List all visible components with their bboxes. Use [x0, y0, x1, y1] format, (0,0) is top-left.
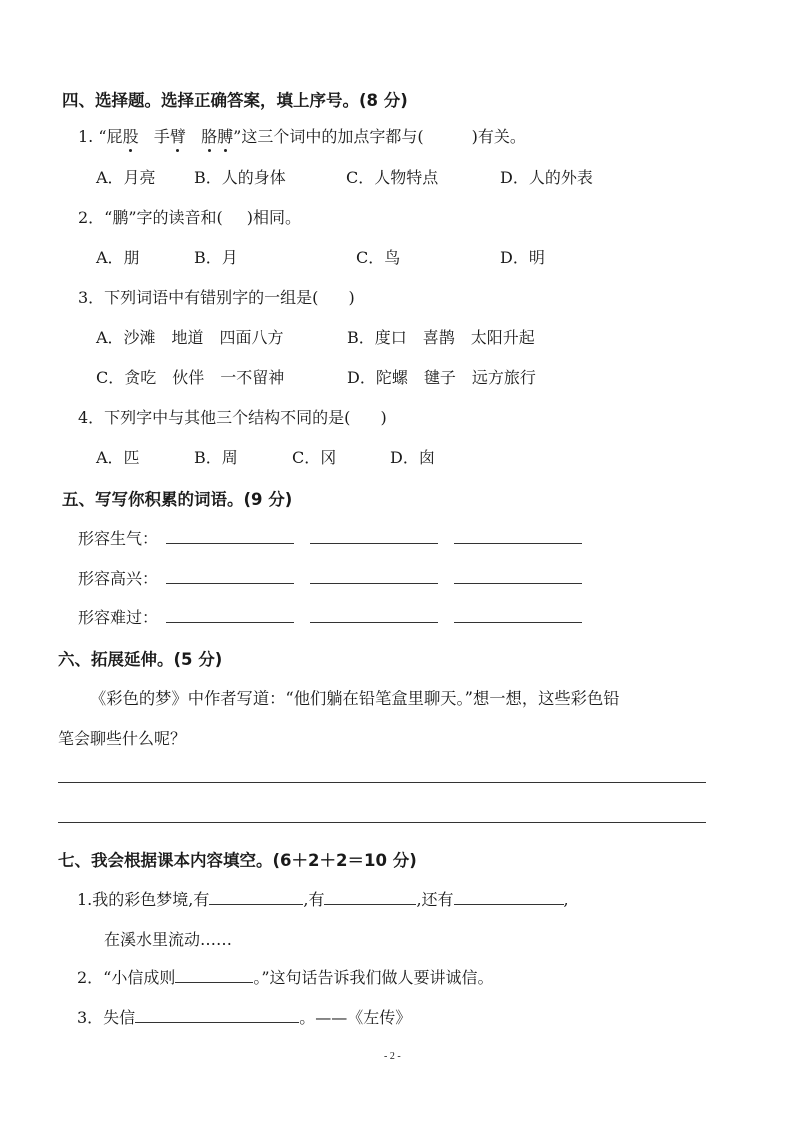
answer-line[interactable]: [454, 543, 582, 544]
q3-option-a: A．沙滩 地道 四面八方: [96, 325, 284, 348]
answer-line[interactable]: [310, 543, 438, 544]
q3-option-c: C．贪吃 伙伴 一不留神: [96, 365, 284, 388]
page-number: - 2 -: [384, 1051, 401, 1062]
answer-line[interactable]: [454, 622, 582, 623]
q2-option-a: A．朋: [96, 245, 140, 268]
section-5-title: 五、写写你积累的词语。(9 分): [62, 486, 292, 510]
dotted-char: 臂: [170, 124, 186, 147]
question-4-2: 2．“鹏”字的读音和()相同。: [78, 205, 301, 228]
answer-blank[interactable]: [209, 888, 303, 905]
q1-option-d: D．人的外表: [500, 165, 593, 188]
question-4-1: 1. “屁股 手臂 胳膊”这三个词中的加点字都与()有关。: [78, 124, 526, 147]
answer-line[interactable]: [166, 543, 294, 544]
question-7-3: 3．失信。——《左传》: [77, 1005, 411, 1028]
q1-option-c: C．人物特点: [346, 165, 438, 188]
q3-option-b: B．度口 喜鹊 太阳升起: [347, 325, 535, 348]
question-4-4: 4．下列字中与其他三个结构不同的是(): [78, 405, 387, 428]
question-7-2: 2．“小信成则。”这句话告诉我们做人要讲诚信。: [77, 965, 494, 988]
answer-line[interactable]: [166, 583, 294, 584]
q4-option-a: A．匹: [96, 445, 140, 468]
q1-option-a: A．月亮: [96, 165, 156, 188]
question-7-1-continued: 在溪水里流动……: [104, 927, 232, 950]
row-angry-label: 形容生气：: [78, 526, 158, 549]
prompt-paragraph-line2: 笔会聊些什么呢？: [58, 726, 186, 749]
q2-option-b: B．月: [194, 245, 238, 268]
q2-option-d: D．明: [500, 245, 545, 268]
section-6-title: 六、拓展延伸。(5 分): [58, 646, 222, 670]
answer-line[interactable]: [454, 583, 582, 584]
answer-line[interactable]: [58, 782, 706, 783]
answer-blank[interactable]: [175, 966, 253, 983]
row-happy-label: 形容高兴：: [78, 566, 158, 589]
answer-blank[interactable]: [454, 888, 564, 905]
dotted-char: 股: [123, 124, 139, 147]
section-4-title: 四、选择题。选择正确答案，填上序号。(8 分): [62, 87, 408, 111]
q4-option-d: D．囱: [390, 445, 435, 468]
q3-option-d: D．陀螺 毽子 远方旅行: [347, 365, 536, 388]
q4-option-c: C．冈: [292, 445, 336, 468]
row-sad-label: 形容难过：: [78, 605, 158, 628]
section-7-title: 七、我会根据课本内容填空。(6＋2＋2＝10 分): [58, 847, 417, 871]
q2-option-c: C．鸟: [356, 245, 400, 268]
answer-line[interactable]: [58, 822, 706, 823]
answer-blank[interactable]: [324, 888, 416, 905]
answer-line[interactable]: [310, 583, 438, 584]
dotted-char: 胳: [201, 124, 217, 147]
answer-line[interactable]: [166, 622, 294, 623]
question-7-1: 1.我的彩色梦境,有,有,还有,: [77, 887, 569, 910]
dotted-char: 膊: [217, 124, 233, 147]
q1-option-b: B．人的身体: [194, 165, 286, 188]
question-4-3: 3．下列词语中有错别字的一组是(): [78, 285, 355, 308]
q4-option-b: B．周: [194, 445, 238, 468]
answer-line[interactable]: [310, 622, 438, 623]
prompt-paragraph-line1: 《彩色的梦》中作者写道：“他们躺在铅笔盒里聊天。”想一想，这些彩色铅: [90, 685, 620, 709]
answer-blank[interactable]: [135, 1006, 299, 1023]
